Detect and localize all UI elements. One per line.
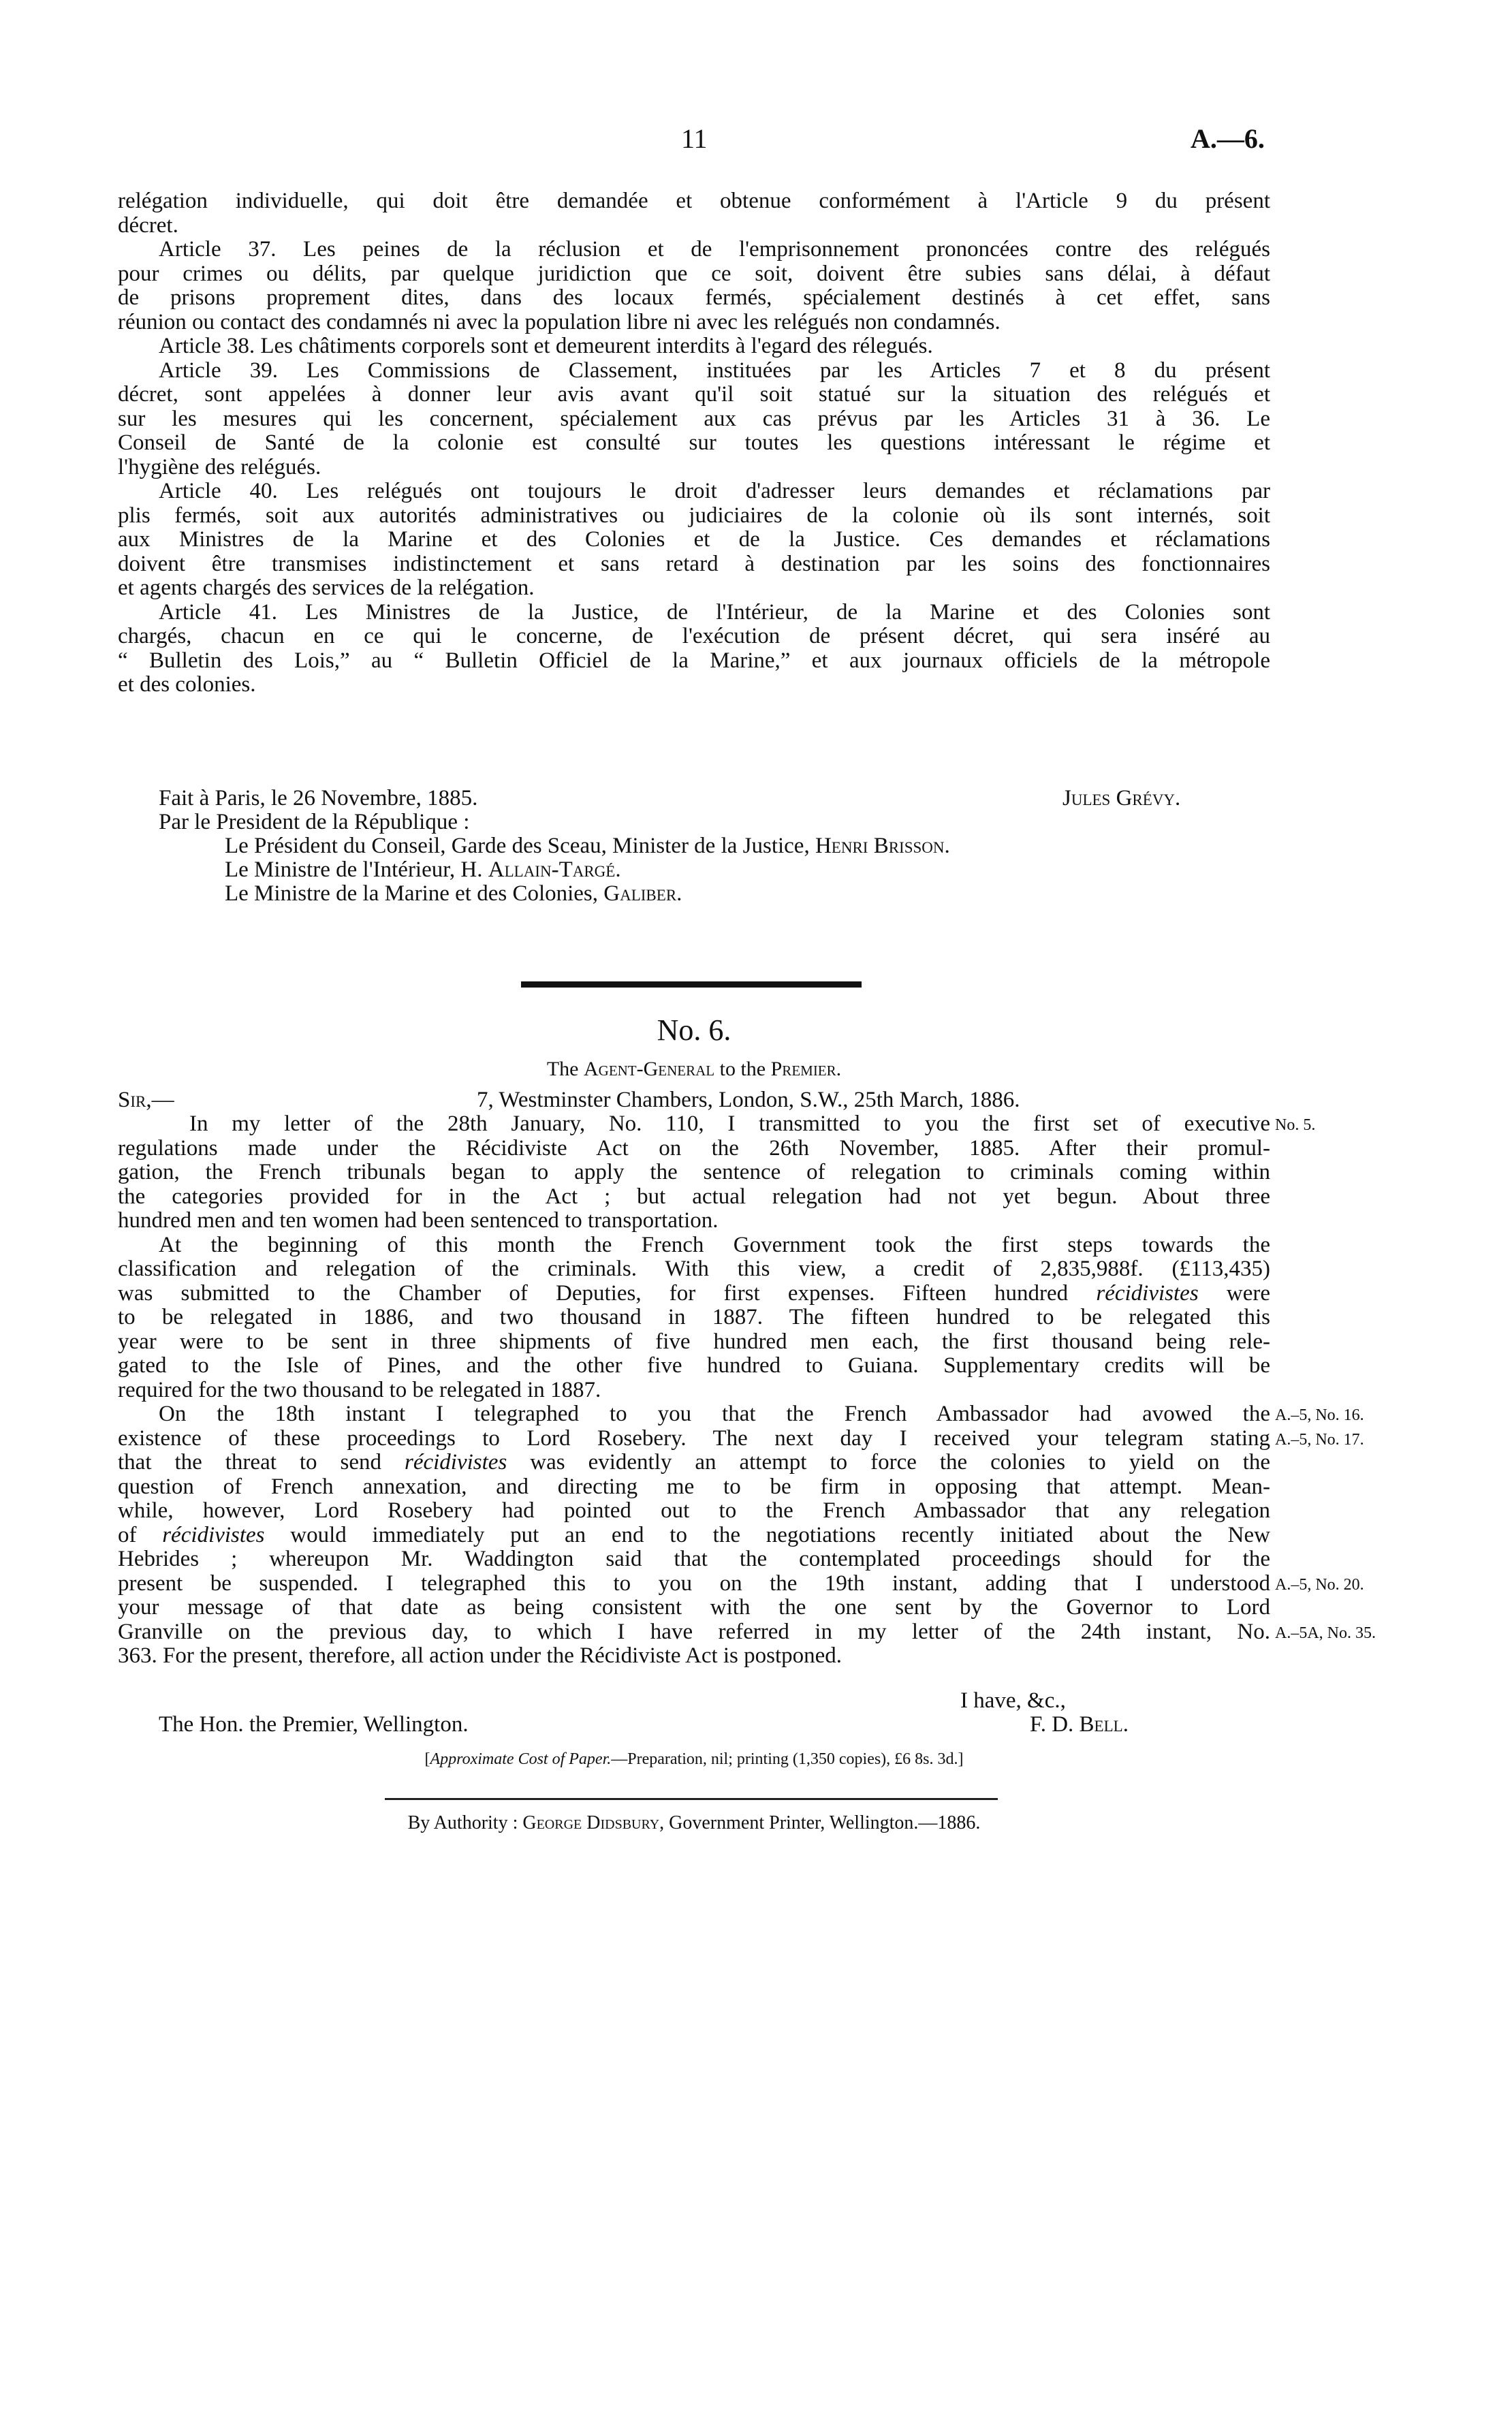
decree-place-date: Fait à Paris, le 26 Novembre, 1885. [159,787,477,810]
letter-line: Granville on the previous day, to which … [118,1620,1270,1644]
letter-line: to be relegated in 1886, and two thousan… [118,1306,1270,1329]
decree-line: et des colonies. [118,673,1270,697]
letter-line: regulations made under the Récidiviste A… [118,1137,1270,1161]
decree-line: pour crimes ou délits, par quelque jurid… [118,262,1270,286]
footer-divider [385,1798,998,1800]
letter-signature: F. D. Bell. [1030,1713,1129,1737]
imprint-suffix: , Government Printer, Wellington.—1886. [659,1812,980,1833]
margin-reference: A.–5, No. 16. [1275,1404,1364,1428]
cost-details: —Preparation, nil; printing (1,350 copie… [611,1750,958,1768]
letter-line: that the threat to send récidivistes was… [118,1451,1270,1474]
letter-line: 363. For the present, therefore, all act… [118,1644,1270,1668]
countersign-title: Le Président du Conseil, Garde des Sceau… [225,834,815,858]
letter-line: present be suspended. I telegraphed this… [118,1572,1270,1596]
section-divider [521,981,862,988]
countersign-title: Le Ministre de l'Intérieur, H. [225,857,488,882]
letter-line: question of French annexation, and direc… [118,1475,1270,1499]
paper-reference: A.—6. [1191,123,1265,155]
countersign-title: Le Ministre de la Marine et des Colonies… [225,881,603,906]
decree-line: relégation individuelle, qui doit être d… [118,189,1270,213]
decree-line: Article 41. Les Ministres de la Justice,… [118,601,1270,625]
title-text: to the [714,1058,771,1080]
letter-line: In my letter of the 28th January, No. 11… [118,1112,1270,1136]
letter-line: On the 18th instant I telegraphed to you… [118,1402,1270,1426]
countersign-name: Allain-Targé. [488,857,621,882]
decree-signatory: Jules Grévy. [1062,787,1180,810]
decree-line: sur les mesures qui les concernent, spéc… [118,407,1270,431]
letter-line: while, however, Lord Rosebery had pointe… [118,1499,1270,1523]
margin-reference: A.–5, No. 20. [1275,1573,1364,1597]
italic-term: récidivistes [1096,1281,1198,1306]
letter-line: year were to be sent in three shipments … [118,1330,1270,1354]
salutation: Sir,— [118,1088,174,1112]
italic-term: récidivistes [405,1450,507,1474]
decree-line: réunion ou contact des condamnés ni avec… [118,311,1270,334]
decree-line: doivent être transmises indistinctement … [118,552,1270,576]
printer-imprint: By Authority : George Didsbury, Governme… [118,1812,1270,1835]
letter-address: 7, Westminster Chambers, London, S.W., 2… [477,1088,1020,1112]
letter-recipient-title: Premier. [771,1058,842,1080]
decree-line: décret. [118,214,1270,238]
decree-line: chargés, chacun en ce qui le concerne, d… [118,625,1270,648]
decree-line: Article 40. Les relégués ont toujours le… [118,479,1270,503]
countersign-line: Le Président du Conseil, Garde des Sceau… [225,834,950,858]
margin-reference: A.–5, No. 17. [1275,1428,1364,1452]
letter-line: existence of these proceedings to Lord R… [118,1427,1270,1451]
decree-line: l'hygiène des relégués. [118,456,1270,479]
countersign-name: Galiber. [603,881,682,906]
decree-line: et agents chargés des services de la rel… [118,576,1270,600]
decree-line: “ Bulletin des Lois,” au “ Bulletin Offi… [118,649,1270,673]
letter-line: of récidivistes would immediately put an… [118,1524,1270,1547]
decree-line: Article 37. Les peines de la réclusion e… [118,238,1270,262]
decree-line: plis fermés, soit aux autorités administ… [118,504,1270,528]
letter-recipient: The Hon. the Premier, Wellington. [159,1713,469,1737]
countersign-line: Le Ministre de la Marine et des Colonies… [225,882,682,906]
imprint-prefix: By Authority : [408,1812,523,1833]
decree-line: décret, sont appelées à donner leur avis… [118,383,1270,407]
cost-label: Approximate Cost of Paper. [430,1750,611,1768]
decree-line: Conseil de Santé de la colonie est consu… [118,431,1270,455]
letter-line: gation, the French tribunals began to ap… [118,1161,1270,1184]
decree-line: de prisons proprement dites, dans des lo… [118,286,1270,310]
letter-line: hundred men and ten women had been sente… [118,1209,1270,1233]
title-text: The [547,1058,584,1080]
by-president: Par le President de la République : [159,810,469,834]
letter-line: classification and relegation of the cri… [118,1257,1270,1281]
letter-line: required for the two thousand to be rele… [118,1378,1270,1402]
letter-line: gated to the Isle of Pines, and the othe… [118,1354,1270,1378]
margin-reference: A.–5A, No. 35. [1275,1622,1376,1645]
letter-line: At the beginning of this month the Frenc… [118,1233,1270,1257]
letter-line: your message of that date as being consi… [118,1596,1270,1620]
letter-closing: I have, &c., [960,1689,1066,1713]
page-number: 11 [681,123,708,155]
decree-line: aux Ministres de la Marine et des Coloni… [118,528,1270,552]
countersign-name: Henri Brisson. [815,834,950,858]
letter-title: The Agent-General to the Premier. [118,1057,1270,1081]
decree-line: Article 39. Les Commissions de Classemen… [118,359,1270,383]
letter-line: Hebrides ; whereupon Mr. Waddington said… [118,1547,1270,1571]
letter-line: the categories provided for in the Act ;… [118,1185,1270,1209]
decree-line: Article 38. Les châtiments corporels son… [118,334,1270,358]
margin-reference: No. 5. [1275,1114,1315,1137]
printer-name: George Didsbury [522,1812,659,1833]
italic-term: récidivistes [162,1523,264,1547]
countersign-line: Le Ministre de l'Intérieur, H. Allain-Ta… [225,858,621,882]
letter-sender: Agent-General [584,1058,714,1080]
letter-line: was submitted to the Chamber of Deputies… [118,1282,1270,1306]
cost-note: [Approximate Cost of Paper.—Preparation,… [118,1749,1270,1769]
letter-number: No. 6. [118,1013,1270,1047]
